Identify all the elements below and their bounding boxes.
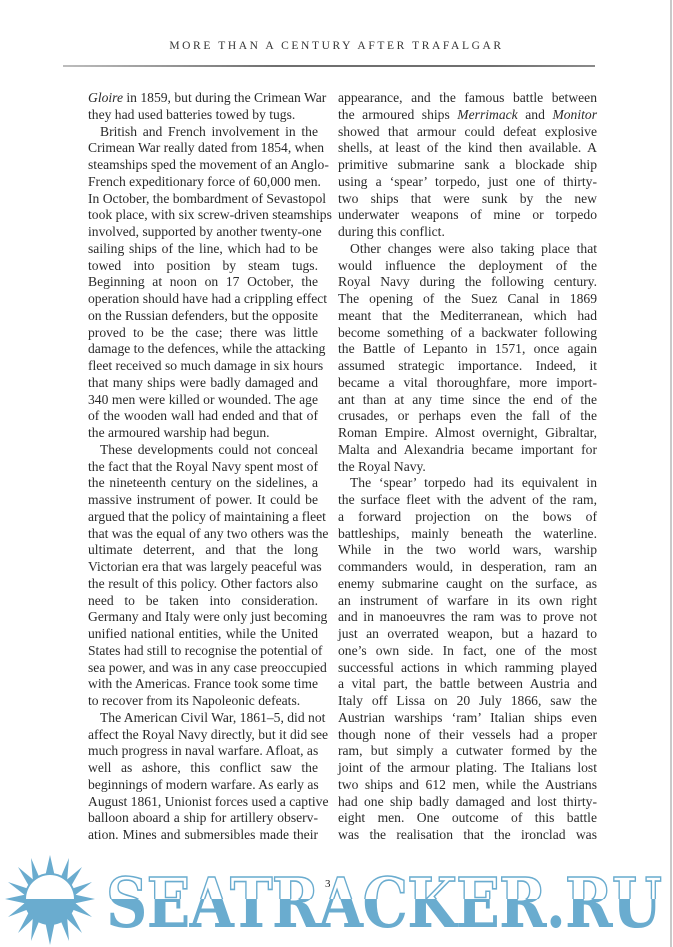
text-line: ant than at any time since the end of th… <box>338 392 597 409</box>
text-line: The ‘spear’ torpedo had its equivalent i… <box>338 475 597 492</box>
text-line: a vital part, the battle between Austria… <box>338 676 597 693</box>
text-line: British and French involvement in the <box>88 124 318 141</box>
text-line: on the Russian defenders, but the opposi… <box>88 308 318 325</box>
text-line: Beginning at noon on 17 October, the <box>88 274 318 291</box>
text-line: Royal Navy during the following century. <box>338 274 597 291</box>
text-line: Austrian warships ‘ram’ Italian ships ev… <box>338 710 597 727</box>
text-line: that was the equal of any two others was… <box>88 526 318 543</box>
text-line: they had used batteries towed by tugs. <box>88 107 318 124</box>
text-line: the surface fleet with the advent of the… <box>338 492 597 509</box>
ship-name-italic: Merrimack <box>457 107 517 122</box>
text-line: beginnings of modern warfare. As early a… <box>88 777 318 794</box>
text-line: argued that the policy of maintaining a … <box>88 509 318 526</box>
text-line: Roman Empire. Almost overnight, Gibralta… <box>338 425 597 442</box>
text-line: Italy off Lissa on 20 July 1866, saw the <box>338 693 597 710</box>
text-line: towed into position by steam tugs. <box>88 258 318 275</box>
text-line: eight men. One outcome of this battle <box>338 810 597 827</box>
text-line: one’s own side. In fact, one of the most <box>338 643 597 660</box>
text-line: operation should have had a crippling ef… <box>88 291 318 308</box>
text-line: would influence the deployment of the <box>338 258 597 275</box>
text-line: States had still to recognise the potent… <box>88 643 318 660</box>
running-head: MORE THAN A CENTURY AFTER TRAFALGAR <box>0 40 673 52</box>
text-line: showed that armour could defeat explosiv… <box>338 124 597 141</box>
text-line: crusades, or perhaps even the fall of th… <box>338 408 597 425</box>
text-line: primitive submarine sank a blockade ship <box>338 157 597 174</box>
text-line: the nineteenth century on the sidelines,… <box>88 475 318 492</box>
text-line: commanders would, in desperation, ram an <box>338 559 597 576</box>
text-line: Malta and Alexandria became important fo… <box>338 442 597 459</box>
text-line: meant that the Mediterranean, which had <box>338 308 597 325</box>
text-line: ation. Mines and submersibles made their <box>88 827 318 844</box>
text-line: of the wooden wall had ended and that of <box>88 408 318 425</box>
text-line: joint of the armour plating. The Italian… <box>338 760 597 777</box>
text-line: In October, the bombardment of Sevastopo… <box>88 191 318 208</box>
text-line: battleships, mainly beneath the waterlin… <box>338 526 597 543</box>
text-line: shells, at least of the kind then availa… <box>338 140 597 157</box>
text-line: become something of a backwater followin… <box>338 325 597 342</box>
page-edge <box>670 0 672 947</box>
text-line: ram, but simply a cutwater formed by the <box>338 743 597 760</box>
text-line: The opening of the Suez Canal in 1869 <box>338 291 597 308</box>
text-line: proved to be the case; there was little <box>88 325 318 342</box>
text-line: and in manoeuvres the ram was to prove n… <box>338 609 597 626</box>
text-line: with the Americas. France took some time <box>88 676 318 693</box>
text-line: sailing ships of the line, which had to … <box>88 241 318 258</box>
text-line: that many ships were badly damaged and <box>88 375 318 392</box>
text-line: While in the two world wars, warship <box>338 542 597 559</box>
text-line: need to be taken into consideration. <box>88 593 318 610</box>
text-line: 340 men were killed or wounded. The age <box>88 392 318 409</box>
text-line: well as ashore, this conflict saw the <box>88 760 318 777</box>
text-line: the armoured ships Merrimack and Monitor <box>338 107 597 124</box>
left-column: Gloire in 1859, but during the Crimean W… <box>88 90 318 844</box>
sun-icon <box>5 855 95 945</box>
text-line: enemy submarine caught on the surface, a… <box>338 576 597 593</box>
text-line: two ships that were sunk by the new <box>338 191 597 208</box>
text-line: The American Civil War, 1861–5, did not <box>88 710 318 727</box>
text-line: ultimate deterrent, and that the long <box>88 542 318 559</box>
text-line: sea power, and was in any case preoccupi… <box>88 660 318 677</box>
text-line: Victorian era that was largely peaceful … <box>88 559 318 576</box>
text-line: fleet received so much damage in six hou… <box>88 358 318 375</box>
text-line: Crimean War really dated from 1854, when <box>88 140 318 157</box>
text-line: appearance, and the famous battle betwee… <box>338 90 597 107</box>
text-line: using a ‘spear’ torpedo, just one of thi… <box>338 174 597 191</box>
text-line: assumed strategic importance. Indeed, it <box>338 358 597 375</box>
text-line: steamships sped the movement of an Anglo… <box>88 157 318 174</box>
text-line: massive instrument of power. It could be <box>88 492 318 509</box>
text-line: two ships and 612 men, while the Austria… <box>338 777 597 794</box>
ship-name-italic: Gloire <box>88 90 123 105</box>
watermark: SEATRACKER.RU SEATRACKER.RU <box>0 855 673 947</box>
text-line: became a vital thoroughfare, more import… <box>338 375 597 392</box>
text-line: underwater weapons of mine or torpedo <box>338 207 597 224</box>
right-column: appearance, and the famous battle betwee… <box>338 90 597 844</box>
text-line: the result of this policy. Other factors… <box>88 576 318 593</box>
text-line: the armoured warship had begun. <box>88 425 318 442</box>
page-number: 3 <box>325 878 331 890</box>
text-line: French expeditionary force of 60,000 men… <box>88 174 318 191</box>
text-line: unified national entities, while the Uni… <box>88 626 318 643</box>
text-line: had one ship badly damaged and lost thir… <box>338 794 597 811</box>
text-line: the fact that the Royal Navy spent most … <box>88 459 318 476</box>
text-line: involved, supported by another twenty-on… <box>88 224 318 241</box>
text-line: took place, with six screw-driven steams… <box>88 207 318 224</box>
text-line: balloon aboard a ship for artillery obse… <box>88 810 318 827</box>
text-line: Germany and Italy were only just becomin… <box>88 609 318 626</box>
text-line: a forward projection on the bows of <box>338 509 597 526</box>
text-line: though none of their vessels had a prope… <box>338 727 597 744</box>
ship-name-italic: Monitor <box>552 107 597 122</box>
text-line: affect the Royal Navy directly, but it d… <box>88 727 318 744</box>
text-line: the Battle of Lepanto in 1571, once agai… <box>338 341 597 358</box>
text-line: the Royal Navy. <box>338 459 597 476</box>
text-line: successful actions in which ramming play… <box>338 660 597 677</box>
text-line: damage to the defences, while the attack… <box>88 341 318 358</box>
text-line: to recover from its Napoleonic defeats. <box>88 693 318 710</box>
text-line: during this conflict. <box>338 224 597 241</box>
text-line: Other changes were also taking place tha… <box>338 241 597 258</box>
text-line: was the realisation that the ironclad wa… <box>338 827 597 844</box>
text-line: These developments could not conceal <box>88 442 318 459</box>
text-line: an instrument of warfare in its own righ… <box>338 593 597 610</box>
header-rule <box>63 65 595 67</box>
text-line: August 1861, Unionist forces used a capt… <box>88 794 318 811</box>
text-line: much progress in naval warfare. Afloat, … <box>88 743 318 760</box>
text-line: just an overrated weapon, but a hazard t… <box>338 626 597 643</box>
text-line: Gloire in 1859, but during the Crimean W… <box>88 90 318 107</box>
